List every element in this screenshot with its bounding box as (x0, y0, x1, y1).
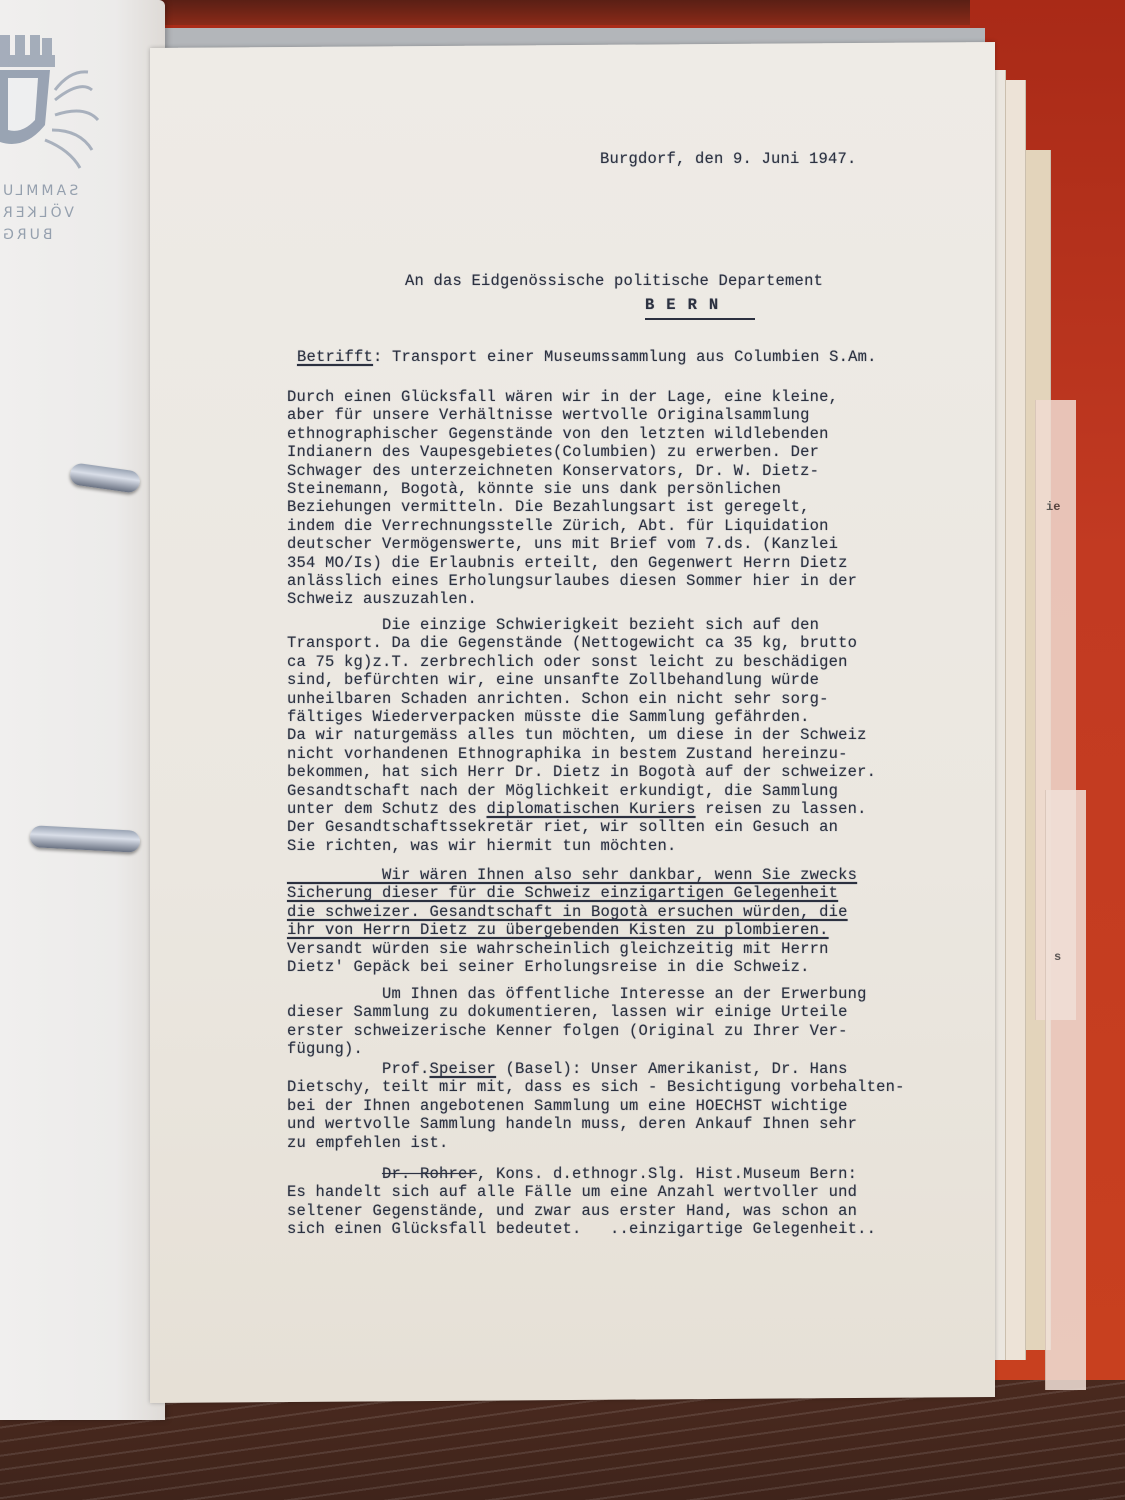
letterhead-line: BURG (0, 224, 90, 246)
letter-line: Der Gesandtschaftssekretär riet, wir sol… (287, 818, 838, 836)
letter-line: unter dem Schutz des diplomatischen Kuri… (287, 800, 867, 818)
index-tab-label: ie (1046, 500, 1060, 514)
letter-line: dieser Sammlung zu dokumentieren, lassen… (287, 1003, 848, 1021)
left-page[interactable]: SAMMLU VÖLKER BURG (0, 0, 165, 1420)
letter-line: Es handelt sich auf alle Fälle um eine A… (287, 1183, 857, 1201)
letter-line: die schweizer. Gesandtschaft in Bogotà e… (287, 903, 848, 921)
city-underline (645, 318, 755, 320)
letter-line: fügung). (287, 1040, 363, 1058)
letter-line: Dietschy, teilt mir mit, dass es sich - … (287, 1078, 905, 1096)
subject-label: Betrifft (297, 348, 373, 366)
letter-line: unheilbaren Schaden anrichten. Schon ein… (287, 690, 829, 708)
letter-line: Schweiz auszuzahlen. (287, 590, 477, 608)
letter-line: Indianern des Vaupesgebietes(Columbien) … (287, 443, 819, 461)
letter-line: Schwager des unterzeichneten Konservator… (287, 462, 819, 480)
letter-line: erster schweizerische Kenner folgen (Ori… (287, 1022, 848, 1040)
letterhead-line: VÖLKER (0, 202, 90, 224)
letter-line: Gesandtschaft nach der Möglichkeit erkun… (287, 782, 838, 800)
letter-city: BERN (645, 296, 730, 314)
letter-line: Da wir naturgemäss alles tun möchten, um… (287, 726, 867, 744)
letter-line: Um Ihnen das öffentliche Interesse an de… (287, 985, 867, 1003)
letter-line: Sie richten, was wir hiermit tun möchten… (287, 837, 677, 855)
letter-line: Dietz' Gepäck bei seiner Erholungsreise … (287, 958, 810, 976)
letter-line: seltener Gegenstände, und zwar aus erste… (287, 1202, 857, 1220)
letter-line: Steinemann, Bogotà, könnte sie uns dank … (287, 480, 781, 498)
letter-date: Burgdorf, den 9. Juni 1947. (600, 150, 857, 168)
letter-line: ethnographischer Gegenstände von den let… (287, 425, 829, 443)
letter-line: bei der Ihnen angebotenen Sammlung um ei… (287, 1097, 848, 1115)
letter-line: deutscher Vermögenswerte, uns mit Brief … (287, 535, 838, 553)
letterhead-line: SAMMLU (0, 180, 90, 202)
binder-top-edge (130, 0, 970, 25)
letter-line: 354 MO/Is) die Erlaubnis erteilt, den Ge… (287, 554, 848, 572)
letter-line: sich einen Glücksfall bedeutet. ..einzig… (287, 1220, 876, 1238)
index-tab-label: s (1054, 950, 1061, 964)
letter-line: und wertvolle Sammlung handeln muss, der… (287, 1115, 857, 1133)
letter-line: Prof.Speiser (Basel): Unser Amerikanist,… (287, 1060, 848, 1078)
letter-line: Die einzige Schwierigkeit bezieht sich a… (287, 616, 819, 634)
letterhead-text: SAMMLU VÖLKER BURG (0, 180, 90, 246)
subject-text: : Transport einer Museumssammlung aus Co… (373, 348, 877, 366)
letter-line: fältiges Wiederverpacken müsste die Samm… (287, 708, 810, 726)
letter-line: Wir wären Ihnen also sehr dankbar, wenn … (287, 866, 857, 884)
letter-line: ihr von Herrn Dietz zu übergebenden Kist… (287, 921, 829, 939)
index-tab[interactable]: s (1045, 790, 1086, 1390)
letter-line: Durch einen Glücksfall wären wir in der … (287, 388, 838, 406)
letter-line: zu empfehlen ist. (287, 1134, 449, 1152)
letter-line: Sicherung dieser für die Schweiz einziga… (287, 884, 838, 902)
letter-subject: Betrifft: Transport einer Museumssammlun… (297, 348, 877, 366)
letter-line: Beziehungen vermitteln. Die Bezahlungsar… (287, 498, 810, 516)
letter-addressee: An das Eidgenössische politische Departe… (405, 272, 823, 290)
letter-line: Versandt würden sie wahrscheinlich gleic… (287, 940, 829, 958)
letter-line: Transport. Da die Gegenstände (Nettogewi… (287, 634, 857, 652)
letter-line: sind, befürchten wir, eine unsanfte Zoll… (287, 671, 819, 689)
letter-line: anlässlich eines Erholungsurlaubes diese… (287, 572, 857, 590)
letter-line: nicht vorhandenen Ethnographika in beste… (287, 745, 848, 763)
letter-line: aber für unsere Verhältnisse wertvolle O… (287, 406, 810, 424)
letter-line: Dr. Rohrer, Kons. d.ethnogr.Slg. Hist.Mu… (287, 1165, 857, 1183)
letter-line: bekommen, hat sich Herr Dr. Dietz in Bog… (287, 763, 876, 781)
coat-of-arms-icon (0, 30, 100, 170)
letter-line: ca 75 kg)z.T. zerbrechlich oder sonst le… (287, 653, 848, 671)
letter-line: indem die Verrechnungsstelle Zürich, Abt… (287, 517, 829, 535)
